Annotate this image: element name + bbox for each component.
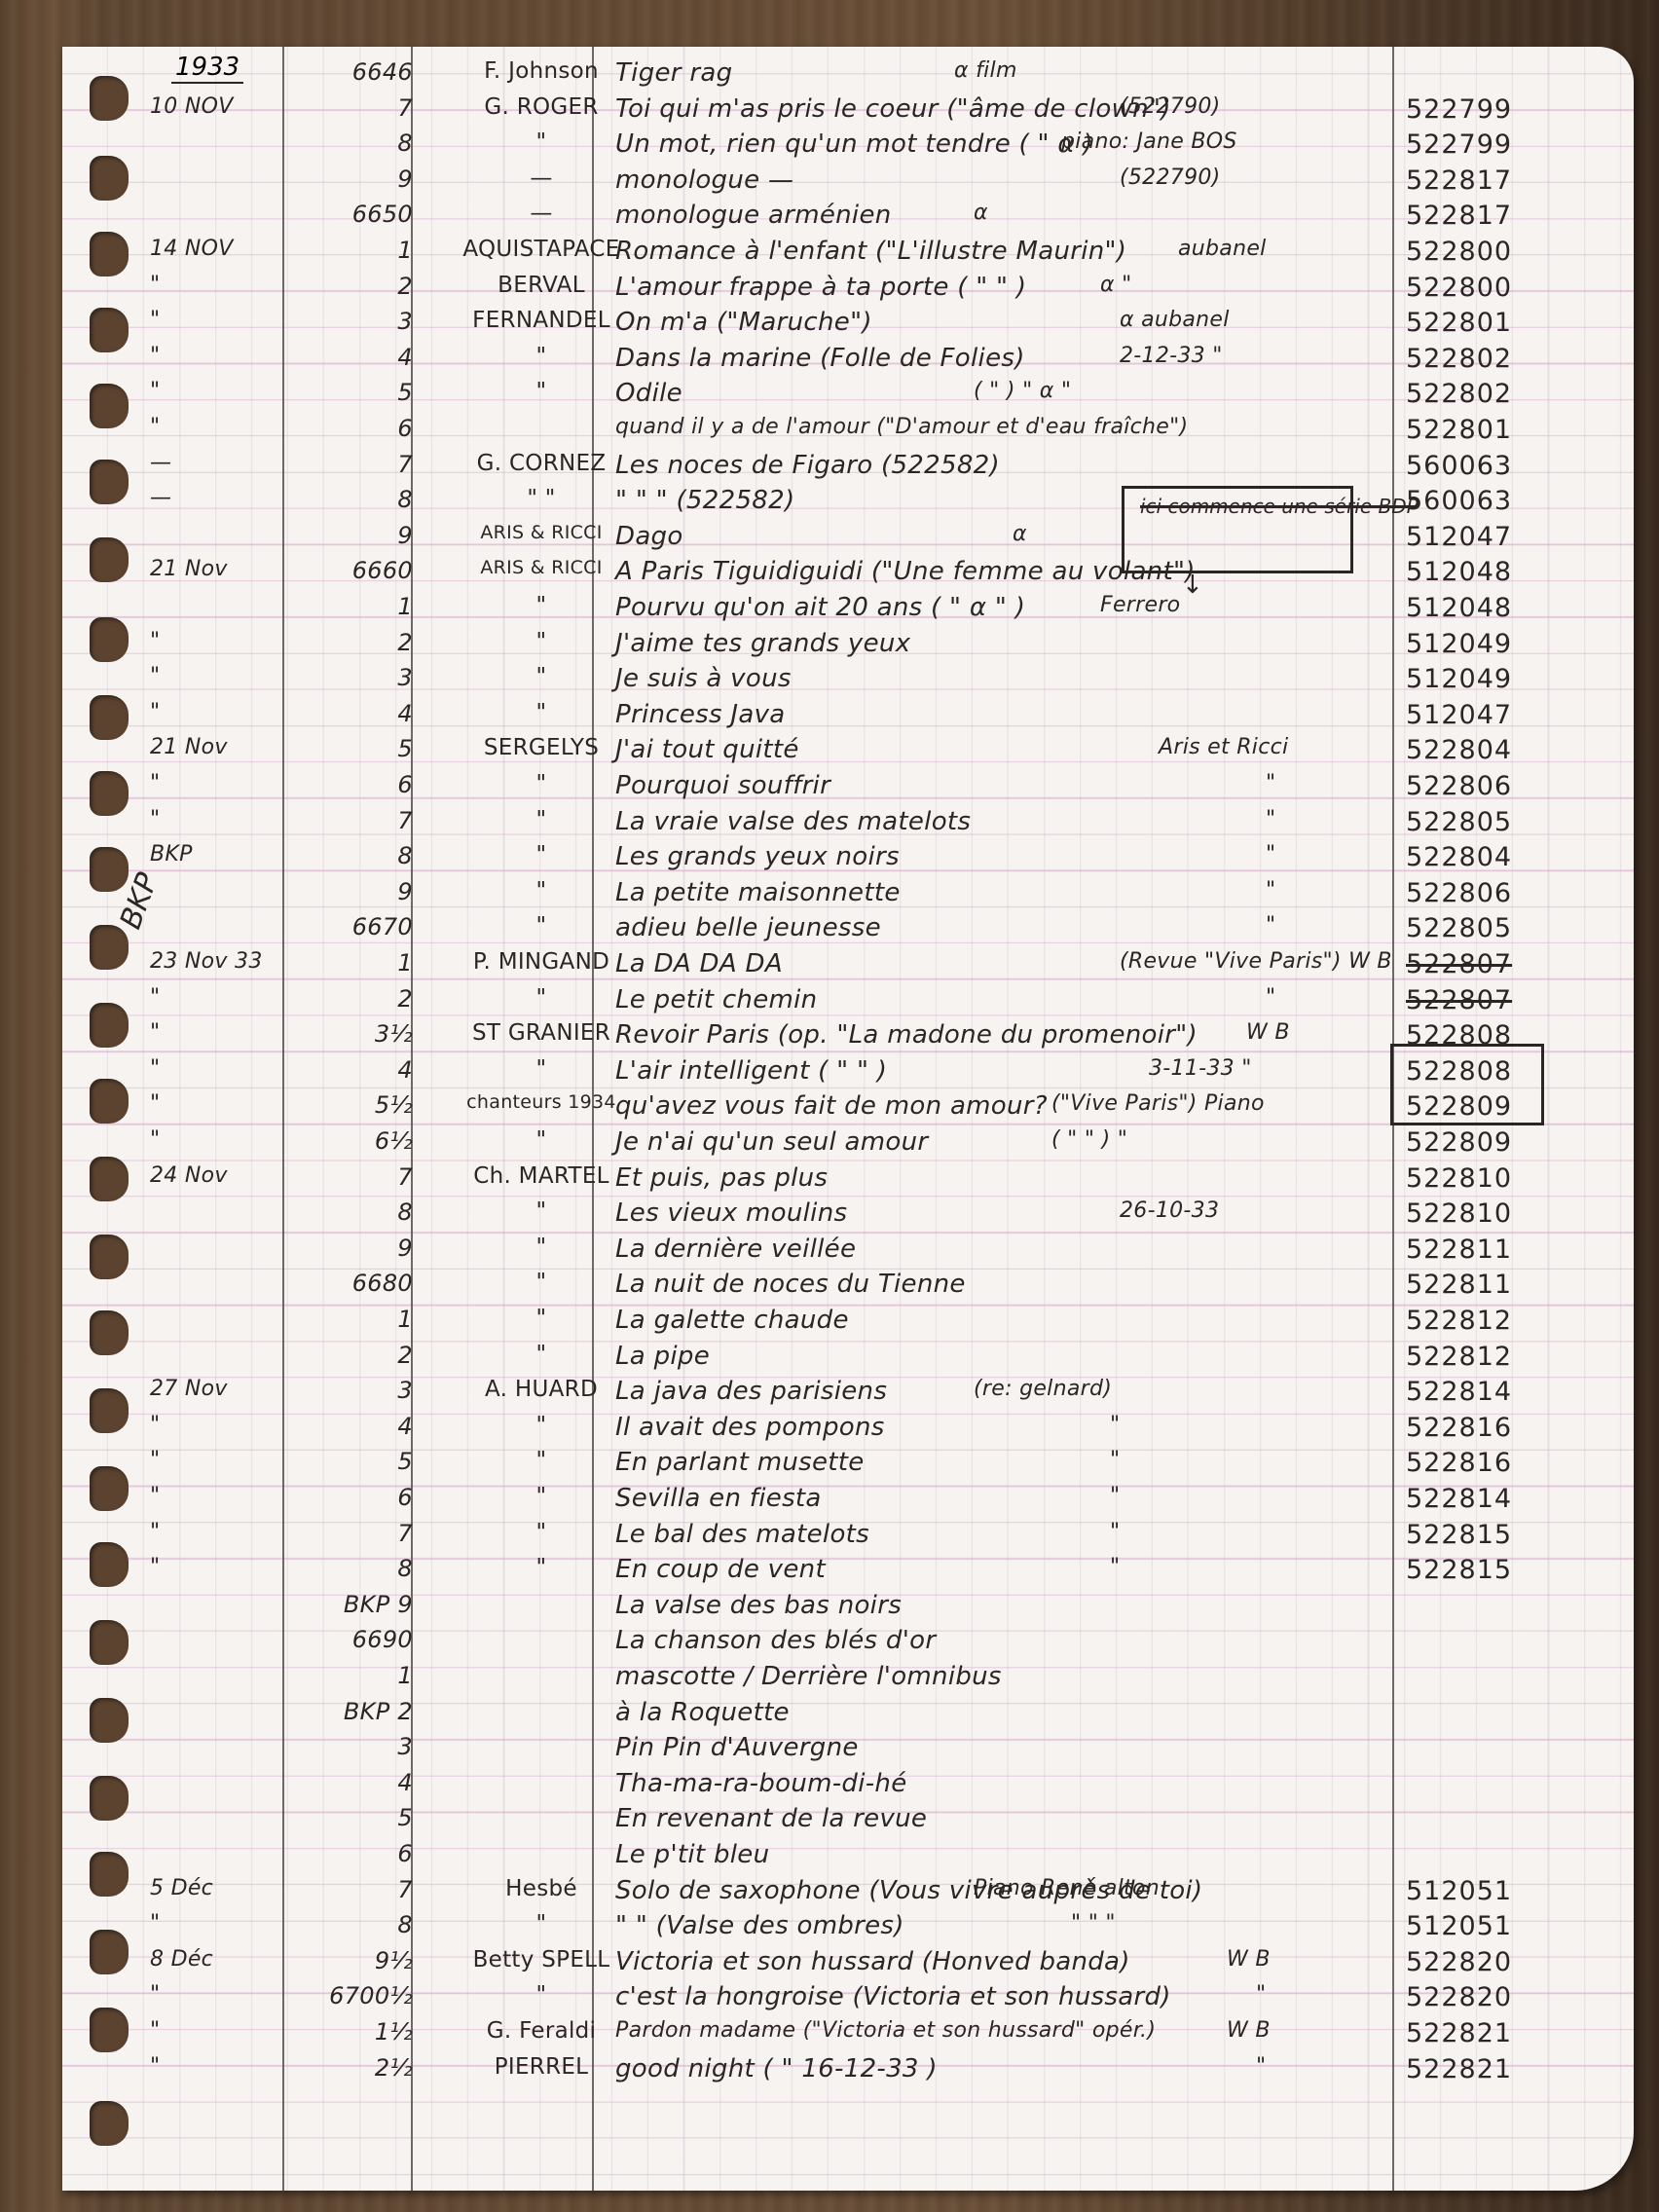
song-title: La valse des bas noirs: [615, 1591, 902, 1620]
margin-note: Ferrero: [1100, 593, 1180, 617]
matrix-number: 7: [296, 807, 413, 834]
margin-note: " " ": [1071, 1911, 1116, 1935]
matrix-number: 8: [296, 1198, 413, 1226]
catalog-number: 560063: [1406, 451, 1512, 481]
ledger-row: 14 NOV1AQUISTAPACERomance à l'enfant ("L…: [62, 237, 1634, 273]
song-title: Romance à l'enfant ("L'illustre Maurin"): [615, 237, 1126, 266]
ledger-row: "2½PIERRELgood night ( " 16-12-33 )"5228…: [62, 2054, 1634, 2090]
matrix-number: 5: [296, 379, 413, 406]
punch-hole: [90, 2101, 129, 2146]
song-title: mascotte / Derrière l'omnibus: [615, 1662, 1002, 1691]
song-title: Revoir Paris (op. "La madone du promenoi…: [615, 1020, 1198, 1050]
ledger-row: "4"Dans la marine (Folle de Folies)2-12-…: [62, 344, 1634, 380]
entry-date: ": [150, 771, 296, 795]
ledger-row: "8"" " (Valse des ombres)" " "512051: [62, 1911, 1634, 1947]
entry-date: ": [150, 1911, 296, 1935]
boxed-note-text: ici commence une série BDP: [1140, 495, 1419, 518]
matrix-number: 7: [296, 1520, 413, 1547]
entry-date: 21 Nov: [150, 557, 296, 581]
entry-date: 27 Nov: [150, 1377, 296, 1401]
matrix-number: 4: [296, 1769, 413, 1796]
catalog-number: 522802: [1406, 344, 1512, 374]
entry-date: ": [150, 700, 296, 724]
matrix-number: 6700½: [296, 1982, 413, 2009]
matrix-number: 3: [296, 1733, 413, 1760]
ledger-row: BKP 9La valse des bas noirs: [62, 1591, 1634, 1627]
ledger-row: "6quand il y a de l'amour ("D'amour et d…: [62, 415, 1634, 451]
song-title: " " " (522582): [615, 486, 794, 515]
catalog-number: 522810: [1406, 1198, 1512, 1229]
margin-note: (Revue "Vive Paris") W B: [1120, 949, 1392, 974]
margin-note: ( " " ) ": [1051, 1127, 1127, 1152]
song-title: La galette chaude: [615, 1306, 849, 1335]
entry-date: 23 Nov 33: [150, 949, 296, 974]
entry-date: ": [150, 1127, 296, 1152]
catalog-number: 522820: [1406, 1947, 1512, 1977]
ledger-row: 6690La chanson des blés d'or: [62, 1626, 1634, 1662]
ledger-row: 6680"La nuit de noces du Tienne522811: [62, 1270, 1634, 1306]
entry-date: ": [150, 1484, 296, 1508]
song-title: Le p'tit bleu: [615, 1840, 769, 1869]
song-title: Le petit chemin: [615, 985, 817, 1014]
entry-date: ": [150, 379, 296, 403]
song-title: Pourvu qu'on ait 20 ans ( " α " ): [615, 593, 1025, 622]
matrix-number: 5: [296, 1804, 413, 1831]
catalog-number: 522816: [1406, 1413, 1512, 1443]
matrix-number: 7: [296, 1163, 413, 1191]
entry-date: ": [150, 1056, 296, 1081]
ledger-row: "8"En coup de vent"522815: [62, 1555, 1634, 1591]
margin-note: α aubanel: [1120, 308, 1230, 332]
matrix-number: 4: [296, 1056, 413, 1084]
song-title: L'air intelligent ( " " ): [615, 1056, 887, 1086]
matrix-number: 1: [296, 593, 413, 620]
matrix-number: 3: [296, 1377, 413, 1404]
song-title: Je suis à vous: [615, 664, 792, 693]
song-title: En coup de vent: [615, 1555, 826, 1584]
catalog-number: 522800: [1406, 237, 1512, 267]
song-title: Je n'ai qu'un seul amour: [615, 1127, 928, 1157]
matrix-number: 9: [296, 166, 413, 193]
margin-note: ": [1110, 1520, 1120, 1544]
entry-date: 14 NOV: [150, 237, 296, 261]
ledger-row: 9"La dernière veillée522811: [62, 1235, 1634, 1271]
ledger-row: 4Tha-ma-ra-boum-di-hé: [62, 1769, 1634, 1805]
ledger-row: BKP8"Les grands yeux noirs"522804: [62, 842, 1634, 878]
margin-note: ": [1256, 1982, 1266, 2007]
matrix-number: 2: [296, 629, 413, 656]
margin-note: (522790): [1120, 94, 1221, 119]
matrix-number: 7: [296, 1876, 413, 1903]
catalog-box-522808: [1390, 1044, 1544, 1125]
margin-note: W B: [1246, 1020, 1290, 1045]
song-title: La pipe: [615, 1342, 710, 1371]
song-title: " " (Valse des ombres): [615, 1911, 904, 1940]
ledger-row: "4"Princess Java512047: [62, 700, 1634, 736]
entry-date: ": [150, 1413, 296, 1437]
margin-note: ": [1266, 842, 1275, 866]
song-title: Tiger rag: [615, 58, 732, 88]
ledger-row: "4"Il avait des pompons"522816: [62, 1413, 1634, 1449]
song-title: Victoria et son hussard (Honved banda): [615, 1947, 1130, 1976]
matrix-number: 6690: [296, 1626, 413, 1653]
song-title: La petite maisonnette: [615, 878, 901, 907]
catalog-number: 512047: [1406, 522, 1512, 552]
catalog-number: 522814: [1406, 1377, 1512, 1407]
margin-note: α ": [1100, 273, 1132, 297]
entry-date: 21 Nov: [150, 735, 296, 759]
song-title: La nuit de noces du Tienne: [615, 1270, 966, 1299]
catalog-number: 522811: [1406, 1235, 1512, 1265]
catalog-number: 512051: [1406, 1911, 1512, 1941]
song-title: La DA DA DA: [615, 949, 783, 978]
song-title: Toi qui m'as pris le coeur ("âme de clow…: [615, 94, 1171, 124]
song-title: Le bal des matelots: [615, 1520, 869, 1549]
ledger-row: "7"Le bal des matelots"522815: [62, 1520, 1634, 1556]
ledger-row: "6½"Je n'ai qu'un seul amour( " " ) "522…: [62, 1127, 1634, 1163]
margin-note: W B: [1227, 2018, 1271, 2043]
matrix-number: 7: [296, 451, 413, 478]
catalog-number: 522810: [1406, 1163, 1512, 1194]
ledger-row: 21 Nov6660ARIS & RICCIA Paris Tiguidigui…: [62, 557, 1634, 593]
entry-date: ": [150, 308, 296, 332]
margin-note: aubanel: [1178, 237, 1267, 261]
ledger-row: "5"Odile( " ) " α "522802: [62, 379, 1634, 415]
margin-note: α film: [954, 58, 1017, 83]
margin-note: ": [1256, 2054, 1266, 2079]
ledger-row: "2BERVALL'amour frappe à ta porte ( " " …: [62, 273, 1634, 309]
matrix-number: 3: [296, 664, 413, 691]
ledger-row: 8"Un mot, rien qu'un mot tendre ( " α )p…: [62, 129, 1634, 166]
catalog-number: 522799: [1406, 129, 1512, 160]
catalog-number: 512051: [1406, 1876, 1512, 1906]
entry-date: ": [150, 1020, 296, 1045]
margin-note: 3-11-33 ": [1149, 1056, 1252, 1081]
margin-note: ": [1266, 807, 1275, 831]
boxed-note: ici commence une série BDP: [1122, 486, 1353, 573]
margin-note: ( " ) " α ": [974, 379, 1071, 403]
song-title: En parlant musette: [615, 1448, 865, 1477]
ledger-row: 23 Nov 331P. MINGANDLa DA DA DA(Revue "V…: [62, 949, 1634, 985]
catalog-number: 522817: [1406, 201, 1512, 231]
margin-note: ": [1110, 1484, 1120, 1508]
song-title: c'est la hongroise (Victoria et son huss…: [615, 1982, 1171, 2011]
song-title: monologue arménien: [615, 201, 892, 230]
song-title: Et puis, pas plus: [615, 1163, 828, 1193]
ledger-row: "6700½"c'est la hongroise (Victoria et s…: [62, 1982, 1634, 2018]
song-title: A Paris Tiguidiguidi ("Une femme au vola…: [615, 557, 1196, 586]
matrix-number: 9: [296, 878, 413, 905]
catalog-number: 522806: [1406, 878, 1512, 908]
catalog-number: 522820: [1406, 1982, 1512, 2012]
entry-date: ": [150, 1091, 296, 1116]
margin-note: W B: [1227, 1947, 1271, 1972]
margin-note: ": [1110, 1555, 1120, 1579]
catalog-number: 522812: [1406, 1342, 1512, 1372]
song-title: Les vieux moulins: [615, 1198, 847, 1228]
ledger-row: 6Le p'tit bleu: [62, 1840, 1634, 1876]
ledger-row: "3FERNANDELOn m'a ("Maruche")α aubanel52…: [62, 308, 1634, 344]
catalog-number: 522800: [1406, 273, 1512, 303]
song-title: Pardon madame ("Victoria et son hussard"…: [615, 2018, 1156, 2043]
ledger-row: 9ARIS & RICCIDagoα512047: [62, 522, 1634, 558]
ledger-row: 2"La pipe522812: [62, 1342, 1634, 1378]
ledger-row: 1mascotte / Derrière l'omnibus: [62, 1662, 1634, 1698]
entry-date: ": [150, 273, 296, 297]
ledger-page: 1933 6646F. JohnsonTiger ragα film10 NOV…: [62, 47, 1634, 2191]
matrix-number: 9: [296, 522, 413, 549]
catalog-number: 522815: [1406, 1555, 1512, 1585]
entry-date: ": [150, 1555, 296, 1579]
catalog-number: 522801: [1406, 308, 1512, 338]
matrix-number: 6: [296, 415, 413, 442]
song-title: Les grands yeux noirs: [615, 842, 900, 871]
song-title: qu'avez vous fait de mon amour?: [615, 1091, 1048, 1121]
ledger-row: "2"J'aime tes grands yeux512049: [62, 629, 1634, 665]
margin-note: 2-12-33 ": [1120, 344, 1223, 368]
ledger-row: 1"Pourvu qu'on ait 20 ans ( " α " )Ferre…: [62, 593, 1634, 629]
margin-note: ": [1266, 771, 1275, 795]
matrix-number: 6: [296, 1484, 413, 1511]
catalog-number: 522817: [1406, 166, 1512, 196]
margin-note: Aris et Ricci: [1159, 735, 1288, 759]
matrix-number: BKP 2: [296, 1698, 413, 1725]
entry-date: ": [150, 807, 296, 831]
catalog-number: 522799: [1406, 94, 1512, 125]
entry-date: ": [150, 415, 296, 439]
ledger-row: BKP 2à la Roquette: [62, 1698, 1634, 1734]
entry-date: ": [150, 1982, 296, 2007]
ledger-row: 1"La galette chaude522812: [62, 1306, 1634, 1342]
margin-note: 26-10-33: [1120, 1198, 1219, 1223]
catalog-number: 522816: [1406, 1448, 1512, 1478]
entry-date: 24 Nov: [150, 1163, 296, 1188]
matrix-number: 2: [296, 985, 413, 1013]
song-title: L'amour frappe à ta porte ( " " ): [615, 273, 1026, 302]
matrix-number: 8: [296, 486, 413, 513]
song-title: adieu belle jeunesse: [615, 913, 881, 942]
song-title: quand il y a de l'amour ("D'amour et d'e…: [615, 415, 1188, 439]
ledger-row: 5En revenant de la revue: [62, 1804, 1634, 1840]
song-title: On m'a ("Maruche"): [615, 308, 872, 337]
margin-note: (522790): [1120, 166, 1221, 190]
matrix-number: 9: [296, 1235, 413, 1262]
matrix-number: 5: [296, 1448, 413, 1475]
song-title: Il avait des pompons: [615, 1413, 885, 1442]
ledger-row: 9"La petite maisonnette"522806: [62, 878, 1634, 914]
catalog-number: 522805: [1406, 913, 1512, 943]
catalog-number: 522811: [1406, 1270, 1512, 1300]
ledger-row: 21 Nov5SERGELYSJ'ai tout quittéAris et R…: [62, 735, 1634, 771]
song-title: Pourquoi souffrir: [615, 771, 830, 800]
entry-date: ": [150, 344, 296, 368]
song-title: monologue —: [615, 166, 793, 195]
song-title: Dago: [615, 522, 683, 551]
song-title: La dernière veillée: [615, 1235, 856, 1264]
matrix-number: 8: [296, 842, 413, 869]
song-title: Un mot, rien qu'un mot tendre ( " α ): [615, 129, 1093, 159]
matrix-number: 6½: [296, 1127, 413, 1155]
ledger-row: 8 Déc9½Betty SPELLVictoria et son hussar…: [62, 1947, 1634, 1983]
matrix-number: 3½: [296, 1020, 413, 1048]
matrix-number: 6: [296, 771, 413, 798]
ledger-row: 6670"adieu belle jeunesse"522805: [62, 913, 1634, 949]
song-title: En revenant de la revue: [615, 1804, 927, 1833]
catalog-number: 522815: [1406, 1520, 1512, 1550]
catalog-number: 560063: [1406, 486, 1512, 516]
matrix-number: 6646: [296, 58, 413, 86]
song-title: Princess Java: [615, 700, 786, 729]
catalog-number: 522806: [1406, 771, 1512, 801]
catalog-number: 522805: [1406, 807, 1512, 837]
matrix-number: 6660: [296, 557, 413, 584]
song-title: good night ( " 16-12-33 ): [615, 2054, 938, 2083]
entry-date: ": [150, 664, 296, 688]
arrow-down-icon: ↓: [1182, 571, 1203, 600]
catalog-number: 522814: [1406, 1484, 1512, 1514]
ledger-row: —7G. CORNEZLes noces de Figaro (522582)5…: [62, 451, 1634, 487]
margin-note: ": [1266, 913, 1275, 938]
entry-date: 10 NOV: [150, 94, 296, 119]
song-title: J'ai tout quitté: [615, 735, 799, 764]
catalog-number: 522812: [1406, 1306, 1512, 1336]
catalog-number: 522802: [1406, 379, 1512, 409]
matrix-number: 6680: [296, 1270, 413, 1297]
margin-note: ": [1266, 985, 1275, 1010]
entry-date: BKP: [150, 842, 296, 866]
entry-date: ": [150, 2054, 296, 2079]
matrix-number: 1: [296, 1662, 413, 1689]
song-title: La chanson des blés d'or: [615, 1626, 936, 1655]
margin-note: (re: gelnard): [974, 1377, 1112, 1401]
song-title: à la Roquette: [615, 1698, 790, 1727]
entry-date: ": [150, 1448, 296, 1472]
margin-note: ": [1110, 1413, 1120, 1437]
matrix-number: 5: [296, 735, 413, 762]
margin-note: ("Vive Paris") Piano: [1051, 1091, 1265, 1116]
ledger-row: 24 Nov7Ch. MARTELEt puis, pas plus522810: [62, 1163, 1634, 1199]
margin-note: ": [1266, 878, 1275, 903]
matrix-number: 2: [296, 273, 413, 300]
entry-date: —: [150, 451, 296, 475]
ledger-row: "5"En parlant musette"522816: [62, 1448, 1634, 1484]
song-title: Tha-ma-ra-boum-di-hé: [615, 1769, 907, 1798]
matrix-number: 8: [296, 1555, 413, 1582]
matrix-number: 4: [296, 700, 413, 727]
matrix-number: 1½: [296, 2018, 413, 2046]
ledger-row: "7"La vraie valse des matelots"522805: [62, 807, 1634, 843]
entry-date: ": [150, 985, 296, 1010]
matrix-number: 1: [296, 1306, 413, 1333]
ledger-row: "2"Le petit chemin"522807: [62, 985, 1634, 1021]
catalog-number: 522807: [1406, 949, 1512, 979]
ledger-row: 5 Déc7HesbéSolo de saxophone (Vous vivre…: [62, 1876, 1634, 1912]
entry-date: —: [150, 486, 296, 510]
margin-note: Piano René alton: [974, 1876, 1160, 1900]
catalog-number: 522809: [1406, 1127, 1512, 1158]
matrix-number: 2½: [296, 2054, 413, 2082]
song-title: Odile: [615, 379, 682, 408]
entry-date: 5 Déc: [150, 1876, 296, 1900]
matrix-number: 8: [296, 129, 413, 157]
song-title: Sevilla en fiesta: [615, 1484, 822, 1513]
matrix-number: 3: [296, 308, 413, 335]
ledger-row: 6646F. JohnsonTiger ragα film: [62, 58, 1634, 94]
ledger-row: 6650—monologue arménienα522817: [62, 201, 1634, 237]
catalog-number: 512048: [1406, 593, 1512, 623]
matrix-number: 7: [296, 94, 413, 122]
matrix-number: 4: [296, 1413, 413, 1440]
margin-note: α: [974, 201, 988, 225]
matrix-number: 4: [296, 344, 413, 371]
song-title: Dans la marine (Folle de Folies): [615, 344, 1025, 373]
catalog-number: 522801: [1406, 415, 1512, 445]
catalog-number: 522821: [1406, 2054, 1512, 2084]
catalog-number: 512048: [1406, 557, 1512, 587]
margin-note: ": [1110, 1448, 1120, 1472]
entry-date: 8 Déc: [150, 1947, 296, 1972]
matrix-number: 8: [296, 1911, 413, 1938]
song-title: Les noces de Figaro (522582): [615, 451, 1000, 480]
ledger-row: "1½G. FeraldiPardon madame ("Victoria et…: [62, 2018, 1634, 2054]
song-title: Pin Pin d'Auvergne: [615, 1733, 859, 1762]
margin-note: α: [1013, 522, 1027, 546]
catalog-number: 512047: [1406, 700, 1512, 730]
matrix-number: 1: [296, 237, 413, 264]
ledger-row: 10 NOV7G. ROGERToi qui m'as pris le coeu…: [62, 94, 1634, 130]
matrix-number: 5½: [296, 1091, 413, 1119]
matrix-number: 6670: [296, 913, 413, 940]
matrix-number: 2: [296, 1342, 413, 1369]
ledger-row: 8"Les vieux moulins26-10-33522810: [62, 1198, 1634, 1235]
catalog-number: 512049: [1406, 629, 1512, 659]
ledger-row: "3"Je suis à vous512049: [62, 664, 1634, 700]
matrix-number: 6: [296, 1840, 413, 1867]
ledger-row: 3Pin Pin d'Auvergne: [62, 1733, 1634, 1769]
ledger-row: "6"Sevilla en fiesta"522814: [62, 1484, 1634, 1520]
catalog-number: 512049: [1406, 664, 1512, 694]
song-title: J'aime tes grands yeux: [615, 629, 910, 658]
matrix-number: 1: [296, 949, 413, 977]
ledger-row: 9—monologue —(522790)522817: [62, 166, 1634, 202]
ledger-row: 27 Nov3A. HUARDLa java des parisiens(re:…: [62, 1377, 1634, 1413]
entry-date: ": [150, 1520, 296, 1544]
catalog-number: 522821: [1406, 2018, 1512, 2048]
catalog-number: 522804: [1406, 735, 1512, 765]
catalog-number: 522807: [1406, 985, 1512, 1015]
matrix-number: BKP 9: [296, 1591, 413, 1618]
matrix-number: 6650: [296, 201, 413, 228]
song-title: La vraie valse des matelots: [615, 807, 971, 836]
song-title: La java des parisiens: [615, 1377, 887, 1406]
entry-date: ": [150, 2018, 296, 2043]
matrix-number: 9½: [296, 1947, 413, 1974]
ledger-row: "6"Pourquoi souffrir"522806: [62, 771, 1634, 807]
entry-date: ": [150, 629, 296, 653]
catalog-number: 522804: [1406, 842, 1512, 872]
margin-note: piano: Jane BOS: [1061, 129, 1237, 154]
